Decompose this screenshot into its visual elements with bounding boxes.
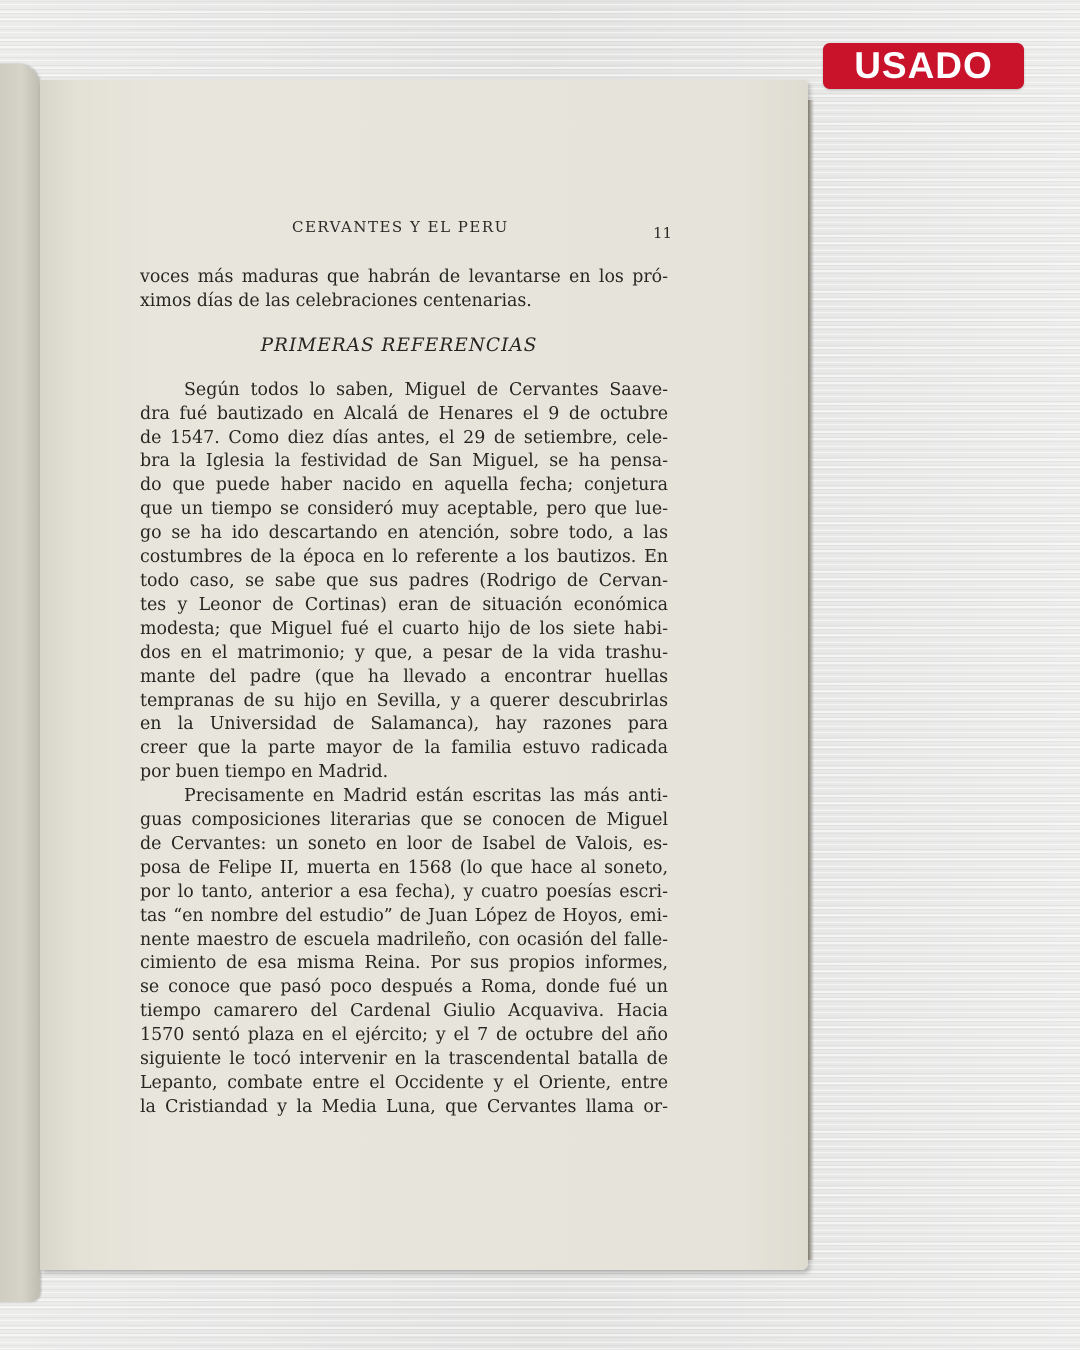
section-heading: PRIMERAS REFERENCIAS	[140, 334, 668, 358]
paragraph-1: Según todos lo saben, Miguel de Cervante…	[140, 379, 668, 785]
text-line: posa de Felipe II, muerta en 1568 (lo qu…	[140, 857, 668, 881]
text-line: de Cervantes: un soneto en loor de Isabe…	[140, 833, 668, 857]
text-line: nente maestro de escuela madrileño, con …	[140, 929, 668, 953]
text-line: cimiento de esa misma Reina. Por sus pro…	[140, 952, 668, 976]
text-line: por buen tiempo en Madrid.	[140, 761, 668, 785]
text-line: todo caso, se sabe que sus padres (Rodri…	[140, 570, 668, 594]
text-line: voces más maduras que habrán de levantar…	[140, 266, 668, 290]
facing-page-edge	[0, 64, 40, 1302]
text-line: do que puede haber nacido en aquella fec…	[140, 474, 668, 498]
paragraph-2: Precisamente en Madrid están escritas la…	[140, 785, 668, 1120]
page-number: 11	[653, 224, 672, 242]
text-line: modesta; que Miguel fué el cuarto hijo d…	[140, 618, 668, 642]
text-line: tempranas de su hijo en Sevilla, y a que…	[140, 690, 668, 714]
text-line: 1570 sentó plaza en el ejército; y el 7 …	[140, 1024, 668, 1048]
text-line: guas composiciones literarias que se con…	[140, 809, 668, 833]
text-line: dos en el matrimonio; y que, a pesar de …	[140, 642, 668, 666]
text-line: costumbres de la época en lo referente a…	[140, 546, 668, 570]
text-line: por lo tanto, anterior a esa fecha), y c…	[140, 881, 668, 905]
text-line: ximos días de las celebraciones centenar…	[140, 290, 668, 314]
running-head: CERVANTES Y EL PERU	[292, 218, 509, 236]
text-line: de 1547. Como diez días antes, el 29 de …	[140, 427, 668, 451]
text-line: Según todos lo saben, Miguel de Cervante…	[140, 379, 668, 403]
body-text: voces más maduras que habrán de levantar…	[140, 266, 668, 1120]
text-line: go se ha ido descartando en atención, so…	[140, 522, 668, 546]
text-line: la Cristiandad y la Media Luna, que Cerv…	[140, 1096, 668, 1120]
text-line: en la Universidad de Salamanca), hay raz…	[140, 713, 668, 737]
used-condition-badge: USADO	[823, 43, 1024, 89]
text-line: siguiente le tocó intervenir en la trasc…	[140, 1048, 668, 1072]
text-line: dra fué bautizado en Alcalá de Henares e…	[140, 403, 668, 427]
text-line: Precisamente en Madrid están escritas la…	[140, 785, 668, 809]
text-line: tas “en nombre del estudio” de Juan Lópe…	[140, 905, 668, 929]
text-line: tiempo camarero del Cardenal Giulio Acqu…	[140, 1000, 668, 1024]
text-line: mante del padre (que ha llevado a encont…	[140, 666, 668, 690]
text-line: Lepanto, combate entre el Occidente y el…	[140, 1072, 668, 1096]
text-line: que un tiempo se consideró muy aceptable…	[140, 498, 668, 522]
text-line: se conoce que pasó poco después a Roma, …	[140, 976, 668, 1000]
text-line: creer que la parte mayor de la familia e…	[140, 737, 668, 761]
text-line: tes y Leonor de Cortinas) eran de situac…	[140, 594, 668, 618]
text-line: bra la Iglesia la festividad de San Migu…	[140, 450, 668, 474]
